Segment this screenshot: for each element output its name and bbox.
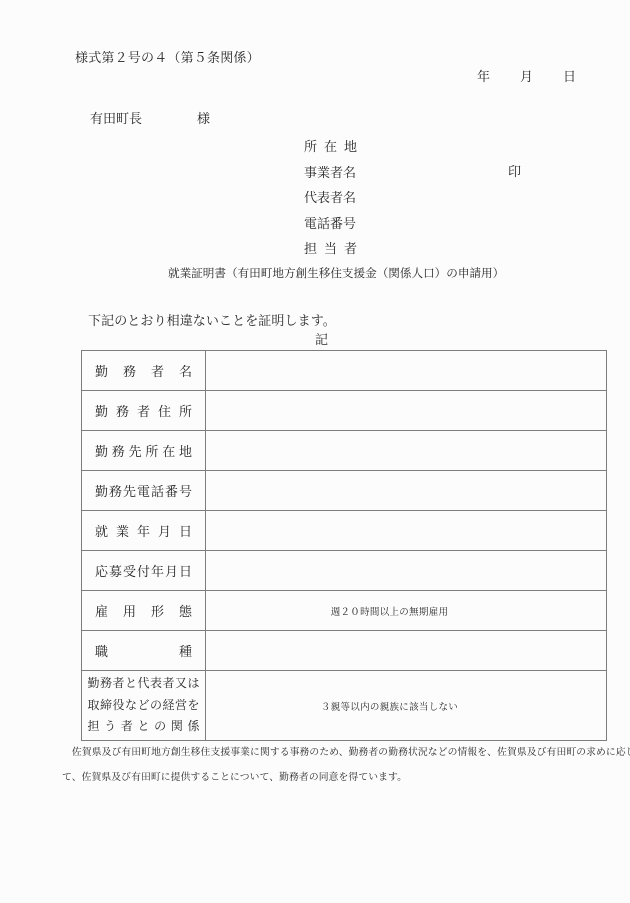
row-label-cell: 勤務者名 [82,351,206,390]
row-label: 応募受付年月日 [95,561,192,580]
table-row-application-receipt-date: 応募受付年月日 [82,551,606,591]
table-heading: 記 [315,329,328,348]
row-label: 勤務者住所 [95,401,192,420]
certification-statement: 下記のとおり相違ないことを証明します。 [88,310,336,329]
row-label: 雇用形態 [95,601,192,620]
row-value-cell: 週２０時間以上の無期雇用 [206,591,606,630]
table-row-worker-name: 勤務者名 [82,351,606,391]
document-title: 就業証明書（有田町地方創生移住支援金（関係人口）の申請用） [168,265,504,281]
row-label: 勤務先所在地 [95,441,192,460]
row-value-cell [206,391,606,430]
form-code: 様式第２号の４（第５条関係） [75,47,260,66]
row-value-cell [206,351,606,390]
row-value-cell [206,551,606,590]
row-value-cell [206,471,606,510]
submitter-business-name-label: 事業者名 [304,160,357,186]
table-row-employment-type: 雇用形態 週２０時間以上の無期雇用 [82,591,606,631]
table-row-employment-date: 就業年月日 [82,511,606,551]
table-row-worker-address: 勤務者住所 [82,391,606,431]
table-row-occupation: 職種 [82,631,606,671]
row-value-cell [206,431,606,470]
date-year-label: 年 [477,66,490,85]
row-label: 就業年月日 [95,521,192,540]
row-label: 勤務者名 [95,361,192,380]
row-value-cell [206,631,606,670]
date-month-label: 月 [520,66,533,85]
footer-note-line2: て、佐賀県及び有田町に提供することについて、勤務者の同意を得ています。 [62,769,407,783]
row-label: 勤務先電話番号 [95,481,192,500]
row-label-cell: 雇用形態 [82,591,206,630]
row-label-cell: 応募受付年月日 [82,551,206,590]
submitter-address-label: 所在地 [304,134,357,160]
row-label-cell: 勤務先所在地 [82,431,206,470]
footer-note-line1: 佐賀県及び有田町地方創生移住支援事業に関する事務のため、勤務者の勤務状況などの情… [62,744,630,758]
row-value-cell: ３親等以内の親族に該当しない [206,671,606,740]
employment-certificate-document: 様式第２号の４（第５条関係） 年 月 日 有田町長様 所在地 事業者名 代表者名… [0,0,630,903]
certificate-table: 勤務者名 勤務者住所 勤務先所在地 勤務先電話番号 就業年月日 応募受付年月日 … [81,350,607,741]
row-label: 勤務者と代表者又は取締役などの経営を担う者との関係 [88,673,200,738]
row-label-cell: 勤務者住所 [82,391,206,430]
row-label-cell: 就業年月日 [82,511,206,550]
submitter-contact-person-label: 担当者 [304,236,357,262]
row-label-cell: 勤務者と代表者又は取締役などの経営を担う者との関係 [82,671,206,740]
addressee-name: 有田町長 [90,111,142,126]
row-label-cell: 職種 [82,631,206,670]
row-label-cell: 勤務先電話番号 [82,471,206,510]
row-value-cell [206,511,606,550]
submitter-representative-label: 代表者名 [304,185,357,211]
row-label: 職種 [95,641,192,660]
table-row-relationship: 勤務者と代表者又は取締役などの経営を担う者との関係 ３親等以内の親族に該当しない [82,671,606,740]
table-row-workplace-phone: 勤務先電話番号 [82,471,606,511]
submitter-block: 所在地 事業者名 代表者名 電話番号 担当者 [304,134,357,262]
submitter-phone-label: 電話番号 [304,211,357,237]
seal-mark: 印 [508,161,521,180]
date-line: 年 月 日 [477,66,576,85]
table-row-workplace-address: 勤務先所在地 [82,431,606,471]
date-day-label: 日 [563,66,576,85]
addressee-line: 有田町長様 [90,108,210,127]
addressee-honorific: 様 [197,111,210,126]
